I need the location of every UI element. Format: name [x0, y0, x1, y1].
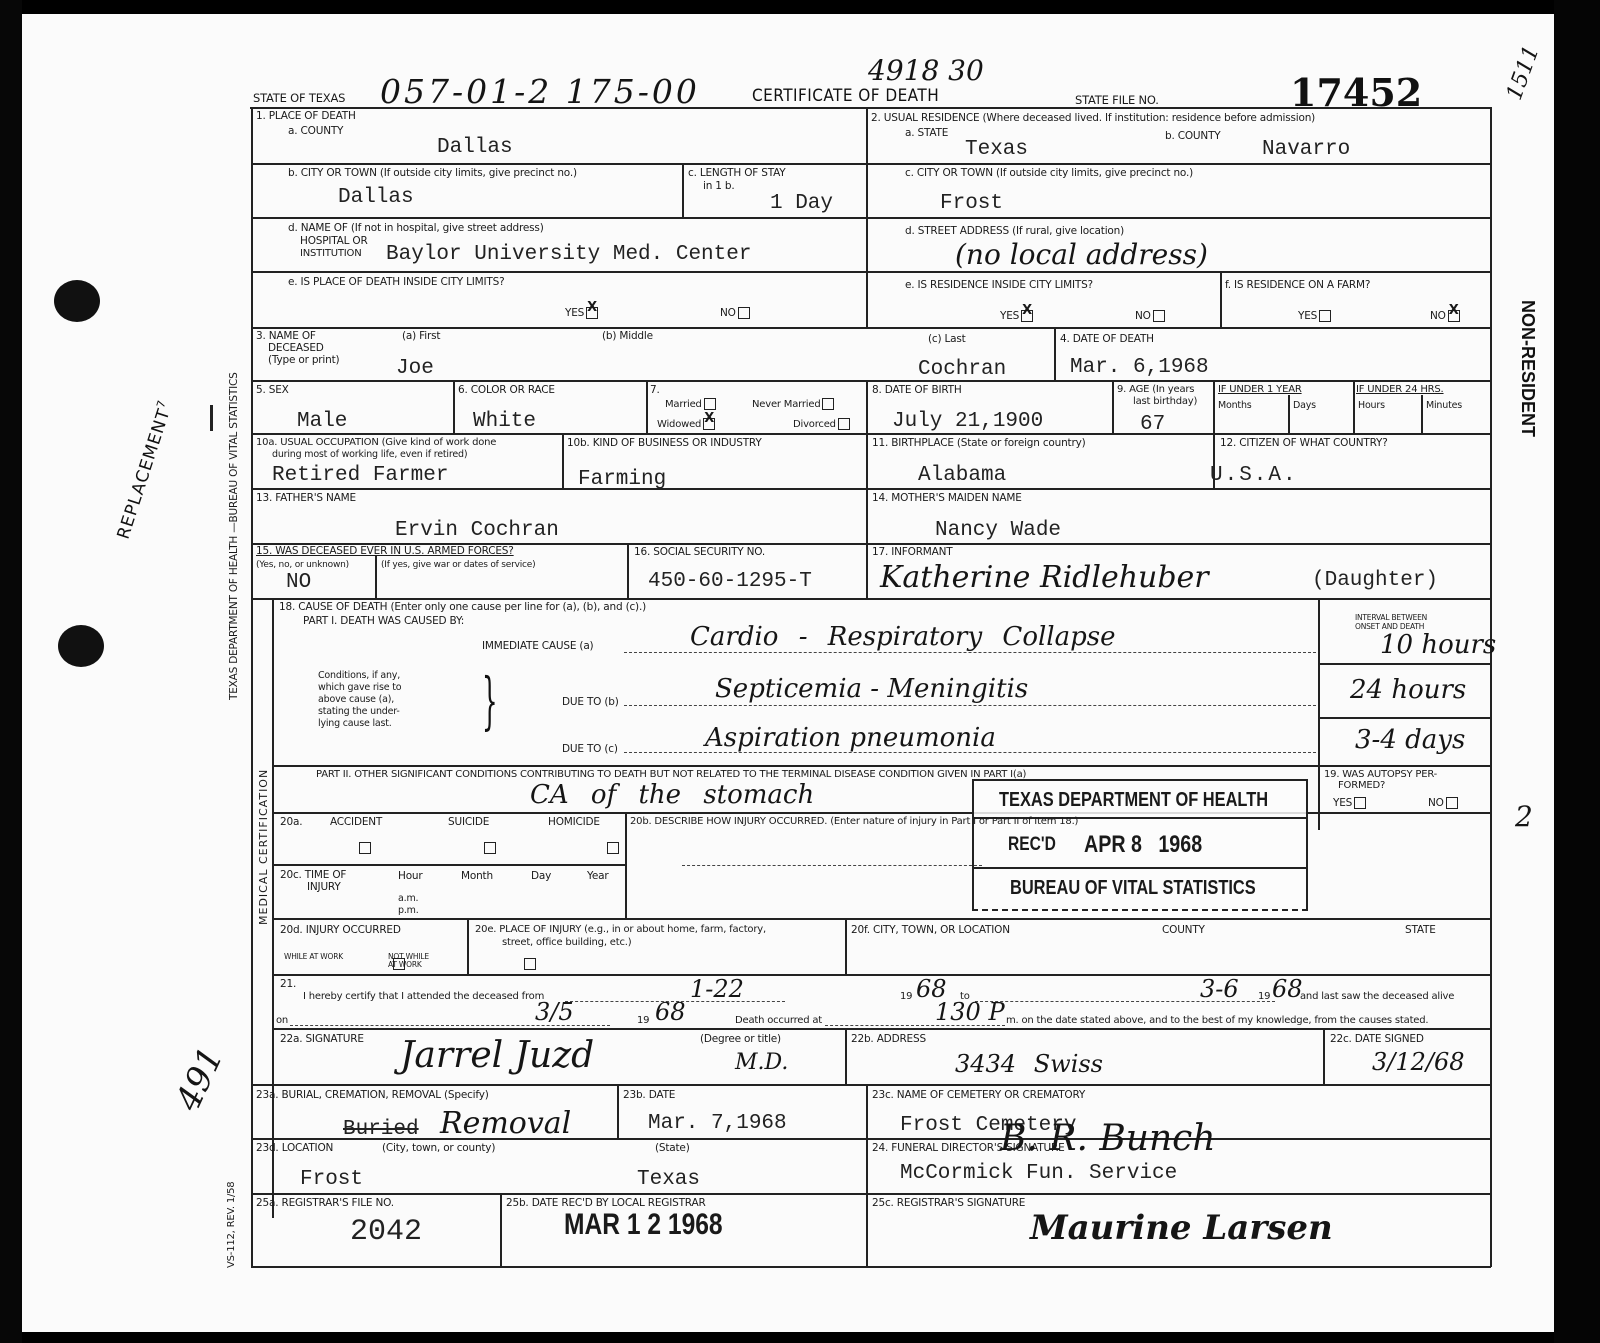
checkbox[interactable]	[838, 418, 850, 430]
suicide-checkbox[interactable]	[484, 842, 496, 854]
date-signed-value: 3/12/68	[1372, 1048, 1465, 1076]
header-underline	[250, 107, 1490, 109]
suicide-label: SUICIDE	[448, 816, 489, 828]
injury-city-label: 20f. CITY, TOWN, OR LOCATION	[851, 924, 1010, 936]
rule	[1353, 380, 1355, 434]
hospital-label-3: INSTITUTION	[300, 248, 361, 260]
marital-divorced[interactable]: Divorced	[793, 418, 850, 431]
date-signed-label: 22c. DATE SIGNED	[1330, 1033, 1424, 1045]
rule	[1288, 395, 1290, 434]
rule	[1318, 598, 1320, 830]
part-2-value: CA of the stomach	[530, 780, 814, 810]
handwritten-cert-number: 057-01-2 175-00	[380, 72, 700, 111]
hour-label: Hour	[398, 870, 423, 882]
funeral-director-signature: B. R. Bunch	[1000, 1118, 1216, 1159]
name-label: 3. NAME OF	[256, 330, 316, 342]
cemetery-label: 23c. NAME OF CEMETERY OR CREMATORY	[872, 1089, 1085, 1101]
cause-of-death-label: 18. CAUSE OF DEATH (Enter only one cause…	[279, 601, 646, 613]
rule	[251, 1138, 1491, 1140]
informant-relation-value: (Daughter)	[1312, 569, 1438, 592]
rule	[646, 380, 648, 434]
checkbox[interactable]	[1319, 310, 1331, 322]
residence-street-label: d. STREET ADDRESS (If rural, give locati…	[905, 225, 1124, 237]
rule	[845, 918, 847, 975]
residence-farm-label: f. IS RESIDENCE ON A FARM?	[1225, 279, 1370, 291]
place-of-injury-label-2: street, office building, etc.)	[502, 937, 631, 949]
disposition-date-label: 23b. DATE	[623, 1089, 675, 1101]
residence-county-label: b. COUNTY	[1165, 130, 1221, 142]
death-inside-limits-no[interactable]: NO	[720, 307, 750, 319]
not-while-at-work[interactable]: NOT WHILE AT WORK	[388, 953, 438, 969]
ssn-label: 16. SOCIAL SECURITY NO.	[634, 546, 765, 558]
due-to-c-value: Aspiration pneumonia	[705, 723, 996, 753]
scan-border-left	[0, 0, 22, 1343]
service-dates-label: (If yes, give war or dates of service)	[381, 559, 535, 571]
death-inside-city-limits-label: e. IS PLACE OF DEATH INSIDE CITY LIMITS?	[288, 276, 504, 288]
residence-city-value: Frost	[940, 192, 1003, 215]
injury-county-label: COUNTY	[1162, 924, 1205, 936]
injury-type-label: 20a.	[280, 816, 302, 828]
rule	[1318, 717, 1490, 719]
date-of-birth-value: July 21,1900	[892, 410, 1043, 433]
rule	[624, 652, 1316, 653]
medical-certification-vertical-label: MEDICAL CERTIFICATION	[258, 769, 270, 925]
farm-no[interactable]: NO	[1430, 310, 1460, 322]
conditions-note: Conditions, if any, which gave rise to a…	[318, 670, 401, 730]
location-city-sublabel: (City, town, or county)	[382, 1142, 495, 1154]
checkbox[interactable]	[738, 307, 750, 319]
punch-hole-top	[54, 280, 100, 322]
form-code: VS-112, REV. 1/58	[226, 1182, 238, 1268]
stamp-recd-label: REC'D	[1008, 834, 1056, 856]
death-city-label: b. CITY OR TOWN (If outside city limits,…	[288, 167, 577, 179]
rule	[272, 864, 625, 866]
rule	[272, 918, 1490, 920]
days-label: Days	[1293, 400, 1316, 412]
rule	[624, 752, 1316, 753]
registrar-file-value: 2042	[350, 1215, 422, 1249]
not-while-at-work-checkbox[interactable]	[524, 958, 536, 970]
hospital-value: Baylor University Med. Center	[386, 243, 751, 266]
funeral-home-value: McCormick Fun. Service	[900, 1162, 1177, 1185]
due-to-b-label: DUE TO (b)	[562, 696, 619, 708]
injury-occurred-label: 20d. INJURY OCCURRED	[280, 924, 401, 936]
rule	[251, 380, 1491, 382]
registrar-signature: Maurine Larsen	[1030, 1208, 1333, 1248]
checkbox[interactable]	[1446, 797, 1458, 809]
first-name-label: (a) First	[402, 330, 440, 342]
local-registrar-date-stamp: MAR 1 2 1968	[564, 1208, 723, 1242]
checkbox[interactable]	[1153, 310, 1165, 322]
rule	[1112, 380, 1114, 434]
physician-signature: Jarrel Juzd	[400, 1035, 594, 1076]
registrar-signature-label: 25c. REGISTRAR'S SIGNATURE	[872, 1197, 1025, 1209]
race-label: 6. COLOR OR RACE	[458, 384, 555, 396]
on-label: on	[276, 1015, 288, 1027]
checkbox-checked[interactable]	[1021, 310, 1033, 322]
homicide-label: HOMICIDE	[548, 816, 600, 828]
length-of-stay-value: 1 Day	[770, 192, 833, 215]
last-name-label: (c) Last	[928, 333, 966, 345]
autopsy-no[interactable]: NO	[1428, 797, 1458, 809]
residence-state-value: Texas	[965, 138, 1028, 161]
form-bottom-border	[251, 1266, 1491, 1268]
date-of-death-label: 4. DATE OF DEATH	[1060, 333, 1154, 345]
time-of-injury-label: 20c. TIME OF	[280, 869, 346, 881]
checkbox-checked[interactable]	[1448, 310, 1460, 322]
rule	[272, 765, 1490, 767]
describe-injury-label: 20b. DESCRIBE HOW INJURY OCCURRED. (Ente…	[630, 816, 1078, 828]
armed-forces-sublabel: (Yes, no, or unknown)	[256, 559, 349, 571]
mother-maiden-name-label: 14. MOTHER'S MAIDEN NAME	[872, 492, 1022, 504]
date-of-birth-label: 8. DATE OF BIRTH	[872, 384, 962, 396]
industry-label: 10b. KIND OF BUSINESS OR INDUSTRY	[567, 437, 762, 449]
center-divider-bottom	[866, 1084, 868, 1267]
accident-checkbox[interactable]	[359, 842, 371, 854]
rule	[272, 1028, 1490, 1030]
under-24-hrs-label: IF UNDER 24 HRS.	[1356, 384, 1444, 396]
state-of-texas-label: STATE OF TEXAS	[253, 92, 345, 104]
age-label-2: last birthday)	[1133, 396, 1197, 408]
father-name-label: 13. FATHER'S NAME	[256, 492, 356, 504]
race-value: White	[473, 410, 536, 433]
due-to-c-label: DUE TO (c)	[562, 743, 618, 755]
attended-from-date: 1-22	[690, 975, 744, 1003]
residence-inside-city-limits-label: e. IS RESIDENCE INSIDE CITY LIMITS?	[905, 279, 1093, 291]
received-stamp: TEXAS DEPARTMENT OF HEALTH REC'D APR 8 1…	[972, 779, 1308, 911]
location-state-value: Texas	[637, 1168, 700, 1191]
year-prefix: 19	[900, 991, 912, 1003]
rule	[627, 543, 629, 600]
death-occurred-at-label: Death occurred at	[735, 1015, 822, 1027]
certification-number-label: 21.	[280, 978, 296, 990]
birthplace-label: 11. BIRTHPLACE (State or foreign country…	[872, 437, 1086, 449]
rule	[1220, 271, 1222, 328]
certification-text-2: and last saw the deceased alive	[1300, 991, 1454, 1003]
occupation-label-2: during most of working life, even if ret…	[272, 449, 467, 461]
immediate-cause-value: Cardio - Respiratory Collapse	[690, 622, 1115, 652]
death-city-value: Dallas	[338, 186, 414, 209]
occupation-value: Retired Farmer	[272, 464, 448, 487]
checkbox-checked[interactable]	[586, 307, 598, 319]
interval-c-value: 3-4 days	[1355, 725, 1465, 755]
residence-city-label: c. CITY OR TOWN (If outside city limits,…	[905, 167, 1193, 179]
margin-dash	[210, 405, 213, 431]
rule	[251, 327, 1491, 329]
rule	[682, 865, 982, 866]
am-label: a.m.	[398, 893, 418, 905]
rule	[1421, 395, 1423, 434]
physician-signature-label: 22a. SIGNATURE	[280, 1033, 364, 1045]
rule	[1318, 663, 1490, 665]
residence-county-value: Navarro	[1262, 138, 1350, 161]
rule	[562, 433, 564, 489]
rule	[625, 812, 627, 919]
while-at-work[interactable]: WHILE AT WORK	[284, 953, 344, 961]
physician-address-value: 3434 Swiss	[955, 1050, 1103, 1078]
name-label-2: DECEASED	[268, 342, 324, 354]
rule	[624, 705, 1316, 706]
attended-to-date: 3-6	[1200, 975, 1239, 1003]
rule	[682, 163, 684, 217]
year-prefix: 19	[1258, 991, 1270, 1003]
disposition-date-value: Mar. 7,1968	[648, 1112, 787, 1135]
marital-widowed[interactable]: Widowed	[657, 418, 715, 431]
certification-text-1: I hereby certify that I attended the dec…	[303, 991, 544, 1003]
rule	[1323, 1028, 1325, 1085]
mother-maiden-name-value: Nancy Wade	[935, 519, 1061, 542]
department-vertical-label: TEXAS DEPARTMENT OF HEALTH —BUREAU OF VI…	[228, 250, 240, 700]
sex-value: Male	[297, 410, 347, 433]
disposition-method-value: Removal	[440, 1106, 571, 1141]
registrar-file-label: 25a. REGISTRAR'S FILE NO.	[256, 1197, 394, 1209]
residence-street-value: (no local address)	[955, 238, 1208, 271]
rule	[251, 271, 1491, 273]
informant-value: Katherine Ridlehuber	[880, 560, 1209, 595]
accident-label: ACCIDENT	[330, 816, 382, 828]
handwritten-top-number: 4918 30	[868, 54, 984, 87]
due-to-b-value: Septicemia - Meningitis	[715, 674, 1028, 704]
checkbox[interactable]	[704, 398, 716, 410]
rule	[467, 918, 469, 975]
rule	[251, 433, 1491, 435]
farm-yes[interactable]: YES	[1298, 310, 1331, 322]
attended-to-year: 68	[1272, 975, 1303, 1003]
hospital-label: d. NAME OF (If not in hospital, give str…	[288, 222, 544, 234]
death-inside-limits-yes[interactable]: YES	[565, 307, 598, 319]
length-of-stay-label: c. LENGTH OF STAY	[688, 167, 785, 179]
stamp-bureau: BUREAU OF VITAL STATISTICS	[1010, 877, 1256, 900]
form-right-border	[1490, 107, 1492, 1267]
rule	[1054, 327, 1056, 382]
autopsy-yes[interactable]: YES	[1333, 797, 1366, 809]
rule	[272, 974, 1490, 976]
day-label: Day	[531, 870, 551, 882]
physician-address-label: 22b. ADDRESS	[851, 1033, 926, 1045]
degree-label: (Degree or title)	[700, 1033, 781, 1045]
month-label: Month	[461, 870, 493, 882]
rule	[845, 1028, 847, 1085]
interval-b-value: 24 hours	[1350, 675, 1466, 705]
center-divider-mid	[866, 380, 868, 600]
death-county-value: Dallas	[437, 136, 513, 159]
rule	[453, 380, 455, 434]
stamp-department: TEXAS DEPARTMENT OF HEALTH	[999, 789, 1268, 812]
margin-handwritten-bottom-right: 2	[1515, 800, 1533, 833]
autopsy-label-2: FORMED?	[1338, 780, 1385, 792]
conditions-brace: }	[482, 670, 498, 732]
place-of-injury-label: 20e. PLACE OF INJURY (e.g., in or about …	[475, 924, 766, 936]
citizen-label: 12. CITIZEN OF WHAT COUNTRY?	[1220, 437, 1388, 449]
rule	[251, 598, 1491, 600]
marital-married[interactable]: Married	[665, 398, 716, 411]
last-seen-date: 3/5	[535, 998, 574, 1026]
rule	[500, 1193, 502, 1267]
rule	[251, 163, 1491, 165]
disposition-method-label: 23a. BURIAL, CREMATION, REMOVAL (Specify…	[256, 1089, 489, 1101]
citizen-value: U.S.A.	[1210, 464, 1298, 487]
residence-inside-limits-no[interactable]: NO	[1135, 310, 1165, 322]
occupation-label: 10a. USUAL OCCUPATION (Give kind of work…	[256, 437, 496, 449]
year-label: Year	[587, 870, 608, 882]
state-file-label: STATE FILE NO.	[1075, 94, 1159, 106]
scan-border-right	[1554, 0, 1600, 1343]
disposition-location-label: 23d. LOCATION	[256, 1142, 333, 1154]
rule	[251, 1084, 1491, 1086]
residence-state-label: a. STATE	[905, 127, 948, 139]
armed-forces-value: NO	[286, 571, 311, 594]
birthplace-value: Alabama	[918, 464, 1006, 487]
location-city-value: Frost	[300, 1168, 363, 1191]
armed-forces-label: 15. WAS DECEASED EVER IN U.S. ARMED FORC…	[256, 545, 514, 557]
injury-state-label: STATE	[1405, 924, 1436, 936]
last-seen-year: 68	[655, 998, 686, 1026]
first-name-value: Joe	[396, 357, 434, 380]
checkbox[interactable]	[1354, 797, 1366, 809]
rule	[617, 1084, 619, 1139]
year-prefix: 19	[637, 1015, 649, 1027]
stamp-date: APR 8 1968	[1084, 831, 1202, 859]
certification-text-3: m. on the date stated above, and to the …	[1006, 1015, 1428, 1027]
months-label: Months	[1218, 400, 1252, 412]
date-of-death-value: Mar. 6,1968	[1070, 356, 1209, 379]
length-of-stay-sublabel: in 1 b.	[703, 180, 735, 192]
homicide-checkbox[interactable]	[607, 842, 619, 854]
ssn-value: 450-60-1295-T	[648, 570, 812, 593]
county-label: a. COUNTY	[288, 125, 343, 137]
father-name-value: Ervin Cochran	[395, 519, 559, 542]
sex-label: 5. SEX	[256, 384, 289, 396]
location-state-sublabel: (State)	[655, 1142, 690, 1154]
marital-never-married[interactable]: Never Married	[752, 398, 834, 411]
rule	[251, 217, 1491, 219]
certificate-title: CERTIFICATE OF DEATH	[752, 86, 939, 106]
middle-name-label: (b) Middle	[602, 330, 653, 342]
residence-inside-limits-yes[interactable]: YES	[1000, 310, 1033, 322]
interval-a-value: 10 hours	[1380, 630, 1496, 660]
time-of-injury-label-2: INJURY	[307, 881, 341, 893]
informant-label: 17. INFORMANT	[872, 546, 953, 558]
hours-label: Hours	[1358, 400, 1385, 412]
last-name-value: Cochran	[918, 358, 1006, 381]
checkbox-checked[interactable]	[703, 418, 715, 430]
marital-status-label: 7.	[650, 384, 660, 396]
immediate-cause-label: IMMEDIATE CAUSE (a)	[482, 640, 593, 652]
rule	[375, 556, 377, 600]
form-left-border	[251, 107, 253, 1267]
medical-section-inner-border	[272, 598, 274, 1218]
part-1-label: PART I. DEATH WAS CAUSED BY:	[303, 615, 464, 627]
pm-label: p.m.	[398, 905, 419, 917]
minutes-label: Minutes	[1426, 400, 1462, 412]
rule	[251, 488, 1491, 490]
rule	[251, 1193, 1491, 1195]
degree-value: M.D.	[735, 1050, 788, 1075]
checkbox[interactable]	[822, 398, 834, 410]
name-label-3: (Type or print)	[268, 354, 339, 366]
death-time-value: 130 P	[935, 998, 1005, 1026]
rule	[974, 867, 1306, 869]
place-of-death-label: 1. PLACE OF DEATH	[256, 110, 356, 122]
hospital-label-2: HOSPITAL OR	[300, 235, 368, 247]
age-label: 9. AGE (In years	[1117, 384, 1194, 396]
usual-residence-label: 2. USUAL RESIDENCE (Where deceased lived…	[871, 112, 1315, 124]
nonresident-stamp: NON-RESIDENT	[1518, 300, 1538, 520]
punch-hole-bottom	[58, 625, 104, 667]
